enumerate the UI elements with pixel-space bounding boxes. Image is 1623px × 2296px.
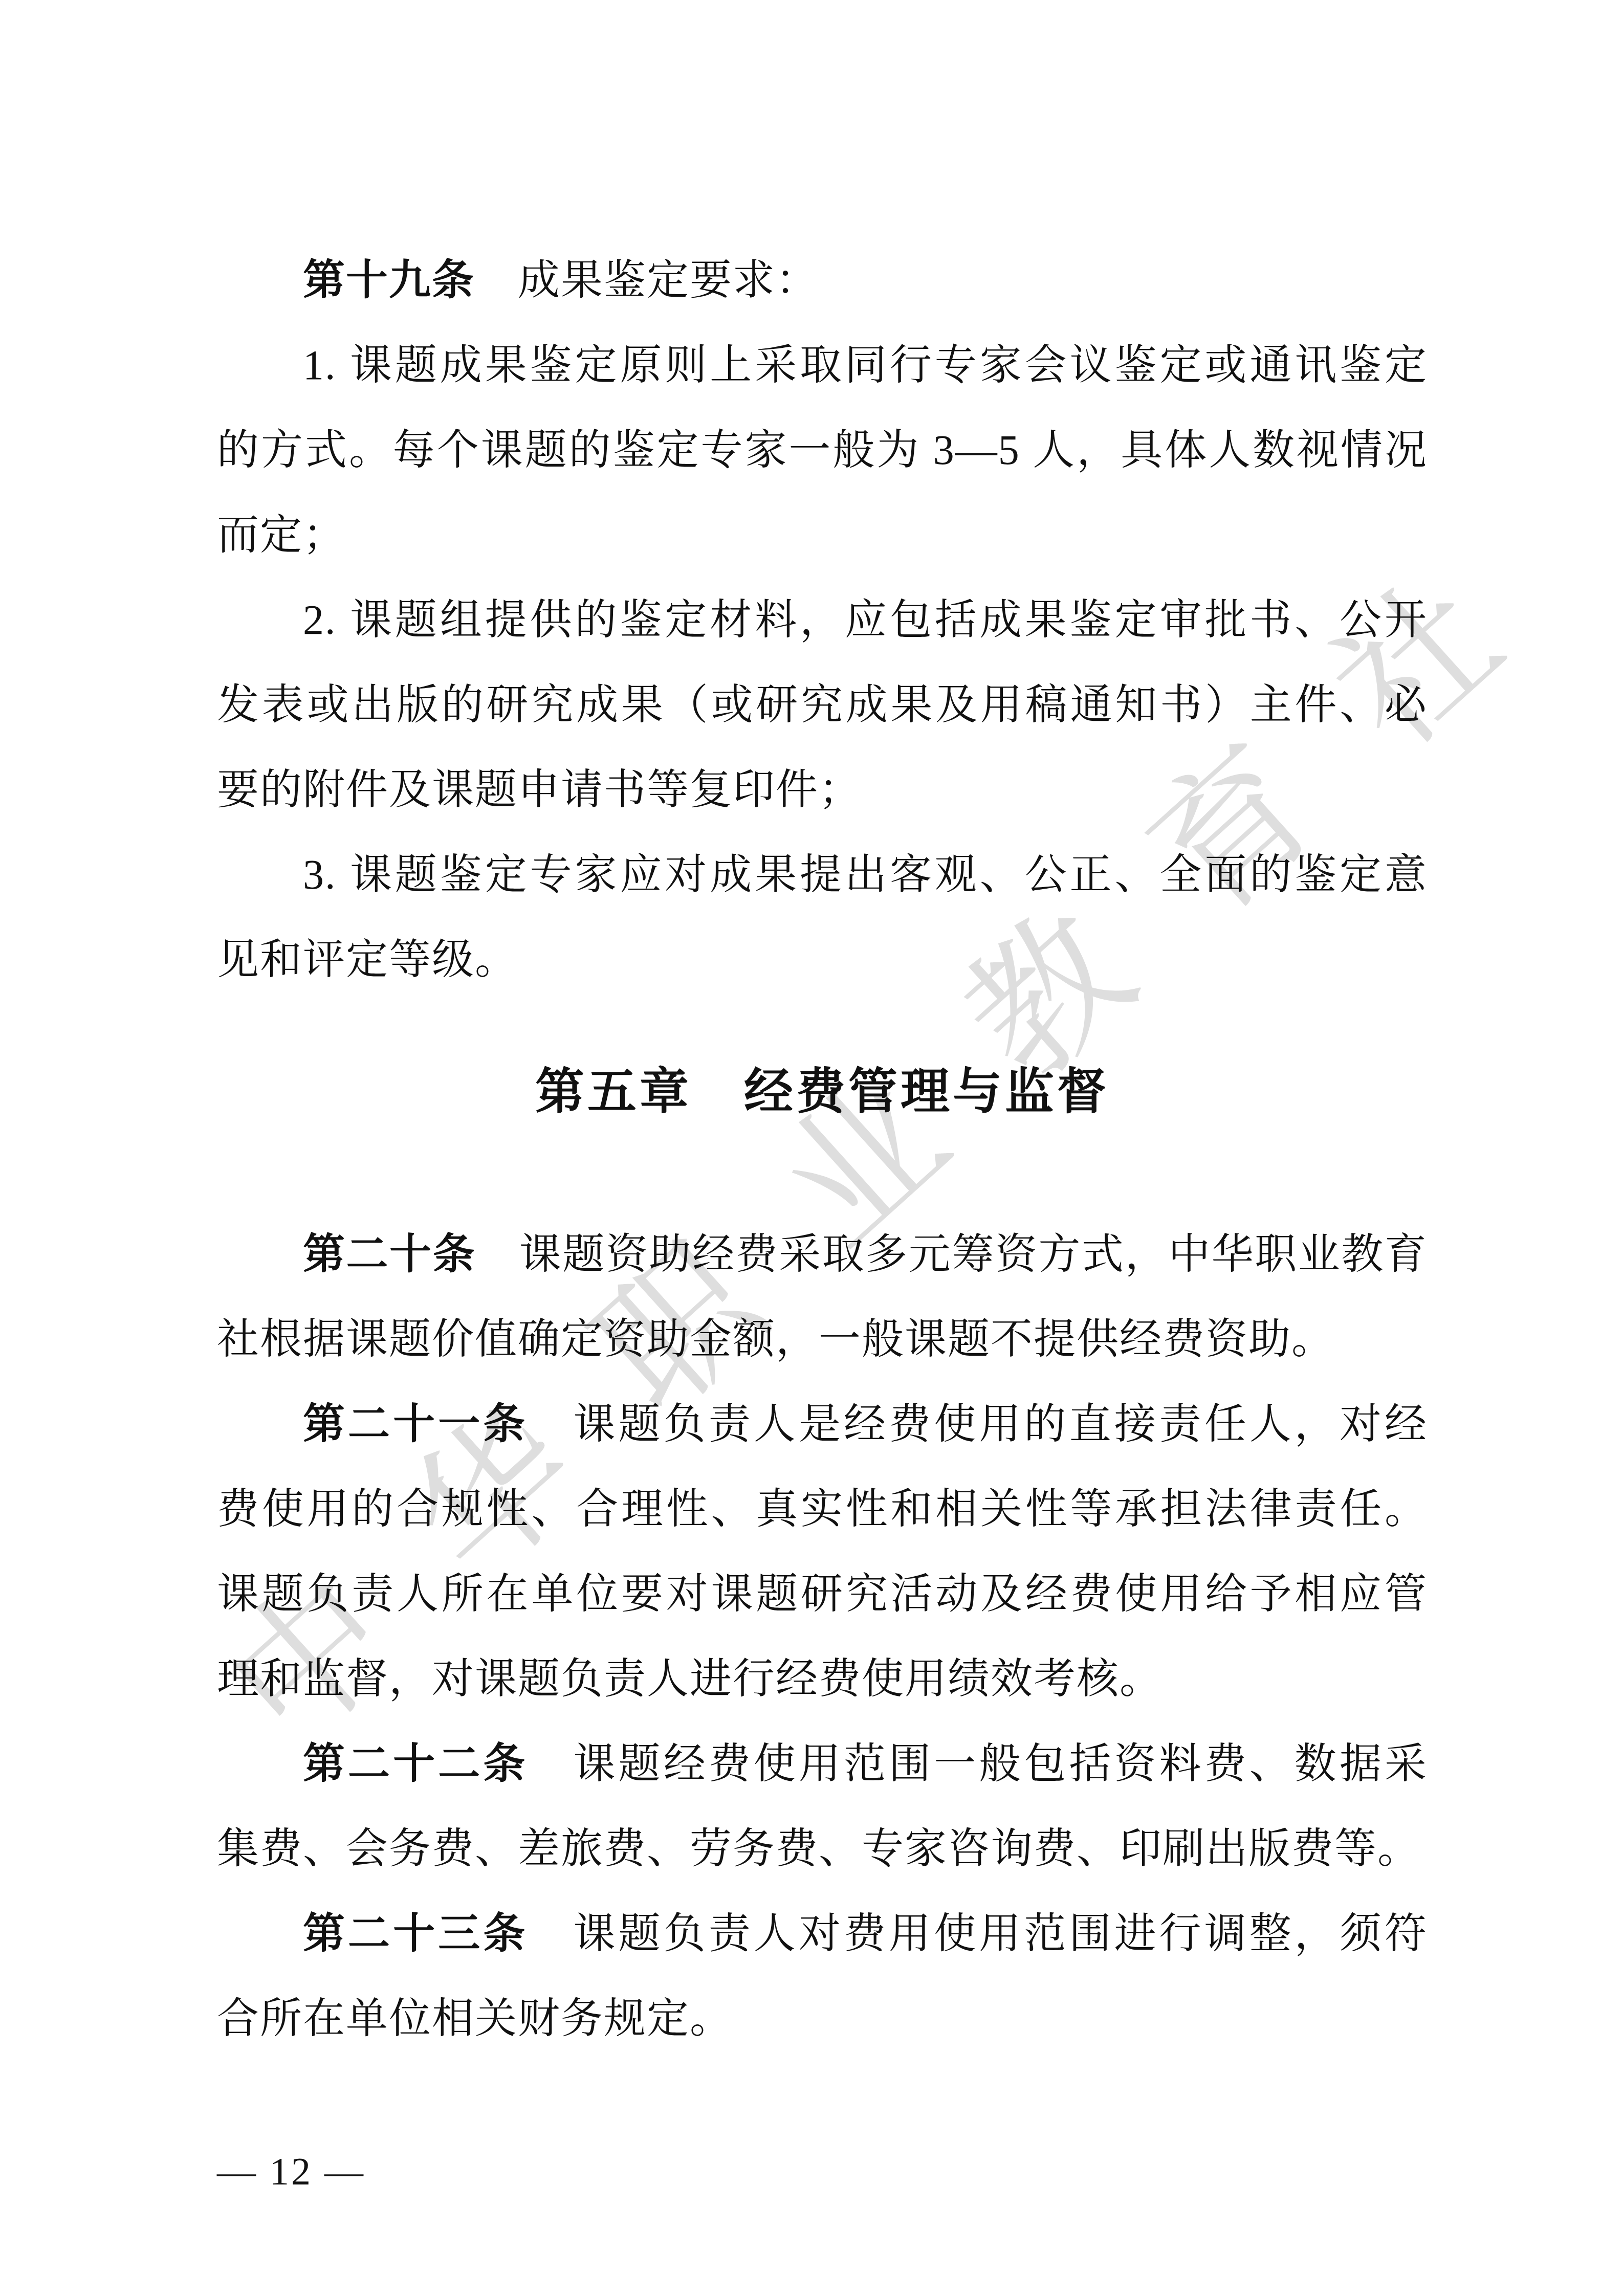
document-body: 第十九条 成果鉴定要求： 1. 课题成果鉴定原则上采取同行专家会议鉴定或通讯鉴定… — [217, 238, 1428, 2061]
text-line: 合所在单位相关财务规定。 — [217, 1976, 1428, 2061]
line-text: 课题负责人对费用使用范围进行调整，须符 — [528, 1910, 1428, 1957]
line-text: 课题负责人是经费使用的直接责任人，对经 — [528, 1401, 1428, 1447]
text-line: 第二十二条 课题经费使用范围一般包括资料费、数据采 — [217, 1721, 1428, 1806]
line-text: 课题负责人所在单位要对课题研究活动及经费使用给予相应管 — [217, 1571, 1428, 1617]
text-line: 3. 课题鉴定专家应对成果提出客观、公正、全面的鉴定意 — [217, 832, 1428, 917]
line-text: 1. 课题成果鉴定原则上采取同行专家会议鉴定或通讯鉴定 — [303, 342, 1428, 388]
line-text: 而定； — [217, 512, 346, 558]
article-number-label: 第十九条 — [303, 257, 475, 303]
page-number: — 12 — — [217, 2146, 365, 2197]
text-line: 1. 课题成果鉴定原则上采取同行专家会议鉴定或通讯鉴定 — [217, 323, 1428, 408]
line-text: 理和监督，对课题负责人进行经费使用绩效考核。 — [217, 1655, 1163, 1702]
line-text: 要的附件及课题申请书等复印件； — [217, 766, 862, 813]
line-text: 社根据课题价值确定资助金额，一般课题不提供经费资助。 — [217, 1316, 1334, 1362]
article-number-label: 第二十三条 — [303, 1910, 528, 1957]
text-line: 第二十条 课题资助经费采取多元筹资方式，中华职业教育 — [217, 1212, 1428, 1297]
line-text: 发表或出版的研究成果（或研究成果及用稿通知书）主件、必 — [217, 681, 1428, 728]
line-text: 课题经费使用范围一般包括资料费、数据采 — [528, 1740, 1428, 1787]
text-line: 而定； — [217, 493, 1428, 578]
chapter-heading: 第五章 经费管理与监督 — [217, 1048, 1428, 1135]
article-number-label: 第二十二条 — [303, 1740, 528, 1787]
text-line: 费使用的合规性、合理性、真实性和相关性等承担法律责任。 — [217, 1467, 1428, 1552]
text-line: 见和评定等级。 — [217, 917, 1428, 1002]
text-line: 理和监督，对课题负责人进行经费使用绩效考核。 — [217, 1637, 1428, 1721]
text-line: 课题负责人所在单位要对课题研究活动及经费使用给予相应管 — [217, 1552, 1428, 1637]
line-text: 的方式。每个课题的鉴定专家一般为 3—5 人，具体人数视情况 — [217, 427, 1428, 473]
line-text: 2. 课题组提供的鉴定材料，应包括成果鉴定审批书、公开 — [303, 597, 1428, 643]
text-line: 2. 课题组提供的鉴定材料，应包括成果鉴定审批书、公开 — [217, 578, 1428, 663]
line-text: 集费、会务费、差旅费、劳务费、专家咨询费、印刷出版费等。 — [217, 1825, 1420, 1872]
text-line: 集费、会务费、差旅费、劳务费、专家咨询费、印刷出版费等。 — [217, 1806, 1428, 1891]
text-line: 要的附件及课题申请书等复印件； — [217, 747, 1428, 832]
text-line: 的方式。每个课题的鉴定专家一般为 3—5 人，具体人数视情况 — [217, 408, 1428, 493]
line-text: 课题资助经费采取多元筹资方式，中华职业教育 — [476, 1231, 1428, 1277]
line-text: 3. 课题鉴定专家应对成果提出客观、公正、全面的鉴定意 — [303, 851, 1428, 898]
line-text: 合所在单位相关财务规定。 — [217, 1995, 733, 2042]
text-line: 第二十一条 课题负责人是经费使用的直接责任人，对经 — [217, 1382, 1428, 1467]
article-number-label: 第二十条 — [303, 1231, 476, 1277]
text-line: 社根据课题价值确定资助金额，一般课题不提供经费资助。 — [217, 1297, 1428, 1382]
text-line: 发表或出版的研究成果（或研究成果及用稿通知书）主件、必 — [217, 663, 1428, 747]
text-line: 第二十三条 课题负责人对费用使用范围进行调整，须符 — [217, 1891, 1428, 1976]
line-text: 成果鉴定要求： — [475, 257, 819, 303]
line-text: 费使用的合规性、合理性、真实性和相关性等承担法律责任。 — [217, 1486, 1428, 1532]
text-line: 第十九条 成果鉴定要求： — [217, 238, 1428, 323]
article-number-label: 第二十一条 — [303, 1401, 528, 1447]
line-text: 见和评定等级。 — [217, 936, 518, 983]
